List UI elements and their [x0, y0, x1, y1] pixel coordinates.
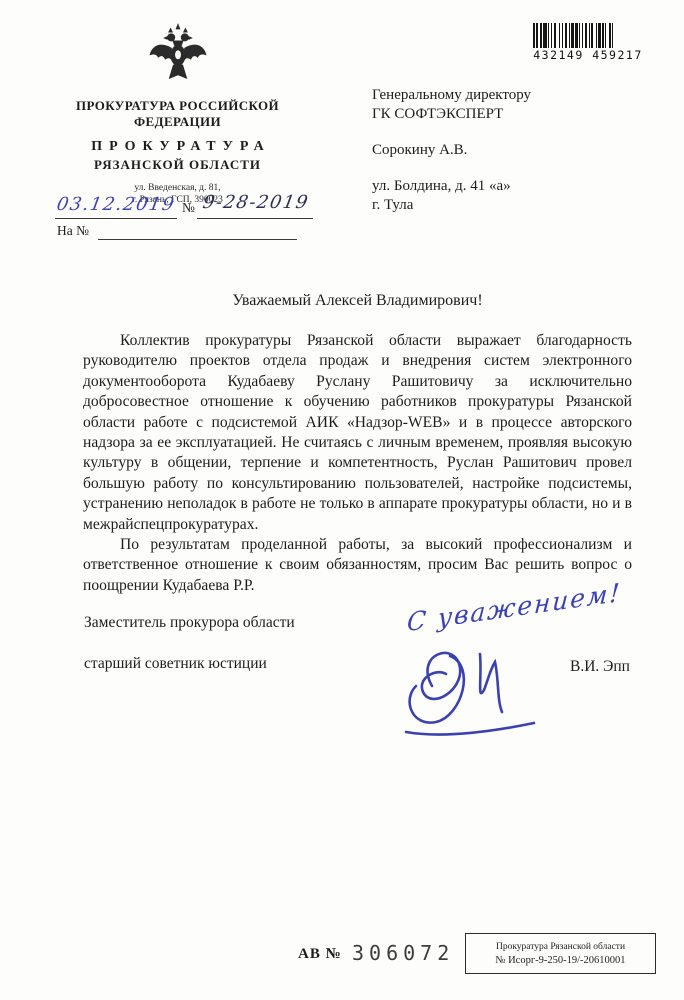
- recipient-block: Генеральному директору ГК СОФТЭКСПЕРТ Со…: [372, 86, 637, 215]
- russia-coat-of-arms-icon: [147, 20, 209, 92]
- recipient-position: Генеральному директору: [372, 86, 637, 105]
- number-underline: [197, 218, 313, 219]
- signer-name: В.И. Эпп: [570, 658, 630, 676]
- barcode-digits: 432149 459217: [533, 48, 643, 62]
- signer-title-line1: Заместитель прокурора области: [84, 614, 295, 632]
- signer-title-line2: старший советник юстиции: [84, 655, 267, 673]
- body-paragraph-1: Коллектив прокуратуры Рязанской области …: [83, 331, 632, 535]
- recipient-city: г. Тула: [372, 196, 637, 215]
- stamp-org-name: Прокуратура Рязанской области: [496, 942, 625, 952]
- series-label: АВ №: [298, 946, 342, 963]
- recipient-name: Сорокину А.В.: [372, 141, 637, 160]
- stamp-reg-number: № Исорг-9-250-19/-20610001: [495, 955, 625, 966]
- reference-number-label: На №: [57, 223, 89, 239]
- reference-underline: [98, 239, 297, 240]
- handwritten-signature-stroke: [398, 638, 548, 743]
- number-sign-label: №: [182, 200, 195, 216]
- date-number-block: 03.12.2019 № 9-28-2019 На №: [55, 194, 313, 246]
- registration-stamp: Прокуратура Рязанской области № Исорг-9-…: [465, 933, 656, 974]
- date-underline: [55, 218, 177, 219]
- barcode: 432149 459217: [533, 23, 643, 65]
- letterhead: ПРОКУРАТУРА РОССИЙСКОЙ ФЕДЕРАЦИИ ПРОКУРА…: [55, 20, 300, 206]
- letter-body: Коллектив прокуратуры Рязанской области …: [83, 331, 632, 596]
- handwritten-outgoing-number: 9-28-2019: [201, 192, 311, 213]
- series-number: 306072: [352, 941, 454, 965]
- org-name-region: РЯЗАНСКОЙ ОБЛАСТИ: [55, 157, 300, 173]
- recipient-street: ул. Болдина, д. 41 «а»: [372, 177, 637, 196]
- scanned-letter-page: ПРОКУРАТУРА РОССИЙСКОЙ ФЕДЕРАЦИИ ПРОКУРА…: [0, 0, 684, 1000]
- org-name-prokuratura: ПРОКУРАТУРА: [55, 139, 300, 155]
- salutation: Уважаемый Алексей Владимирович!: [83, 292, 632, 310]
- recipient-company: ГК СОФТЭКСПЕРТ: [372, 105, 637, 124]
- org-name-federation: ПРОКУРАТУРА РОССИЙСКОЙ ФЕДЕРАЦИИ: [55, 98, 300, 130]
- handwritten-date: 03.12.2019: [55, 194, 177, 215]
